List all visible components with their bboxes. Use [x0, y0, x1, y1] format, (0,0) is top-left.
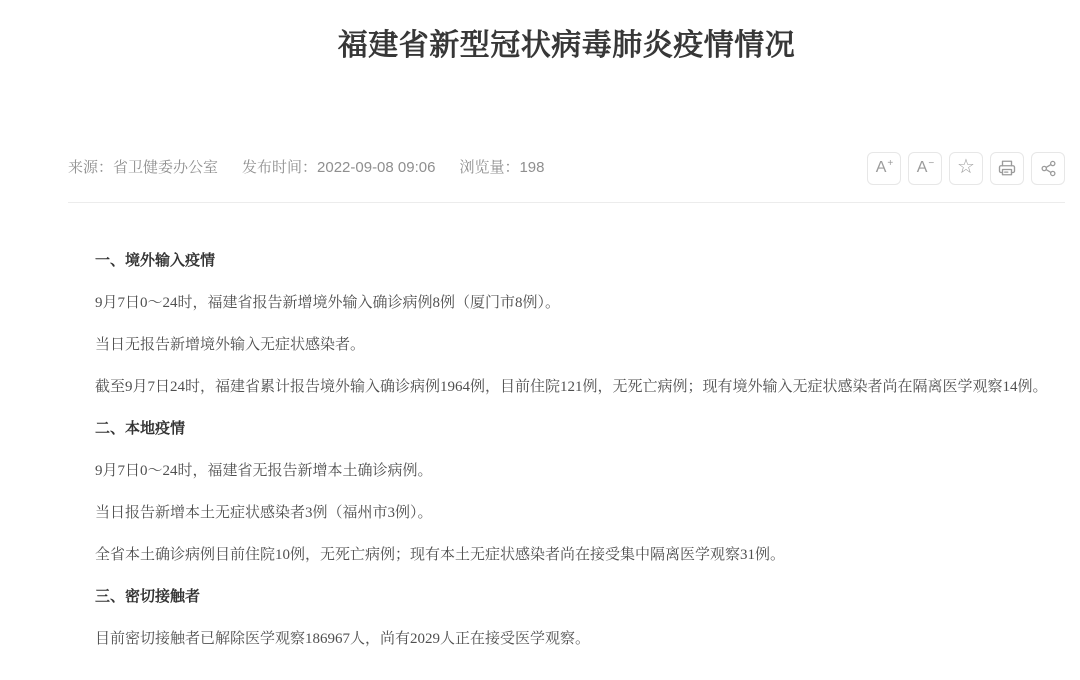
- font-increase-icon: A: [876, 160, 887, 176]
- section-local-cases: 二、本地疫情 9月7日0～24时，福建省无报告新增本土确诊病例。 当日报告新增本…: [95, 421, 1065, 564]
- favorite-button[interactable]: ☆: [949, 152, 983, 185]
- share-button[interactable]: [1031, 152, 1065, 185]
- meta-source: 来源：省卫健委办公室: [68, 151, 218, 185]
- font-decrease-button[interactable]: A−: [908, 152, 942, 185]
- paragraph: 全省本土确诊病例目前住院10例，无死亡病例；现有本土无症状感染者尚在接受集中隔离…: [95, 547, 1065, 564]
- meta-publish-time: 发布时间：2022-09-08 09:06: [242, 151, 435, 185]
- print-button[interactable]: [990, 152, 1024, 185]
- meta-view-count: 浏览量：198: [459, 151, 544, 185]
- article-toolbar: A+ A− ☆: [867, 152, 1065, 185]
- font-increase-button[interactable]: A+: [867, 152, 901, 185]
- printer-icon: [998, 159, 1016, 177]
- content-container: 福建省新型冠状病毒肺炎疫情情况 来源：省卫健委办公室 发布时间：2022-09-…: [68, 0, 1065, 648]
- minus-sign: −: [928, 159, 934, 169]
- section-imported-cases: 一、境外输入疫情 9月7日0～24时，福建省报告新增境外输入确诊病例8例（厦门市…: [95, 253, 1065, 396]
- section-heading: 一、境外输入疫情: [95, 253, 1065, 270]
- paragraph: 目前密切接触者已解除医学观察186967人，尚有2029人正在接受医学观察。: [95, 631, 1065, 648]
- section-heading: 三、密切接触者: [95, 589, 1065, 606]
- font-decrease-icon: A: [917, 160, 928, 176]
- paragraph: 9月7日0～24时，福建省无报告新增本土确诊病例。: [95, 463, 1065, 480]
- share-nodes-icon: [1040, 160, 1057, 177]
- meta-toolbar-row: 来源：省卫健委办公室 发布时间：2022-09-08 09:06 浏览量：198…: [68, 151, 1065, 185]
- paragraph: 9月7日0～24时，福建省报告新增境外输入确诊病例8例（厦门市8例）。: [95, 295, 1065, 312]
- section-heading: 二、本地疫情: [95, 421, 1065, 438]
- article-body: 一、境外输入疫情 9月7日0～24时，福建省报告新增境外输入确诊病例8例（厦门市…: [68, 203, 1065, 648]
- paragraph: 当日报告新增本土无症状感染者3例（福州市3例）。: [95, 505, 1065, 522]
- page-title: 福建省新型冠状病毒肺炎疫情情况: [68, 0, 1065, 63]
- section-close-contacts: 三、密切接触者 目前密切接触者已解除医学观察186967人，尚有2029人正在接…: [95, 589, 1065, 648]
- star-outline-icon: ☆: [957, 157, 975, 177]
- paragraph: 当日无报告新增境外输入无症状感染者。: [95, 337, 1065, 354]
- article-page: 福建省新型冠状病毒肺炎疫情情况 来源：省卫健委办公室 发布时间：2022-09-…: [0, 0, 1080, 680]
- paragraph: 截至9月7日24时，福建省累计报告境外输入确诊病例1964例，目前住院121例，…: [95, 379, 1065, 396]
- article-meta: 来源：省卫健委办公室 发布时间：2022-09-08 09:06 浏览量：198: [68, 151, 544, 185]
- plus-sign: +: [887, 159, 893, 169]
